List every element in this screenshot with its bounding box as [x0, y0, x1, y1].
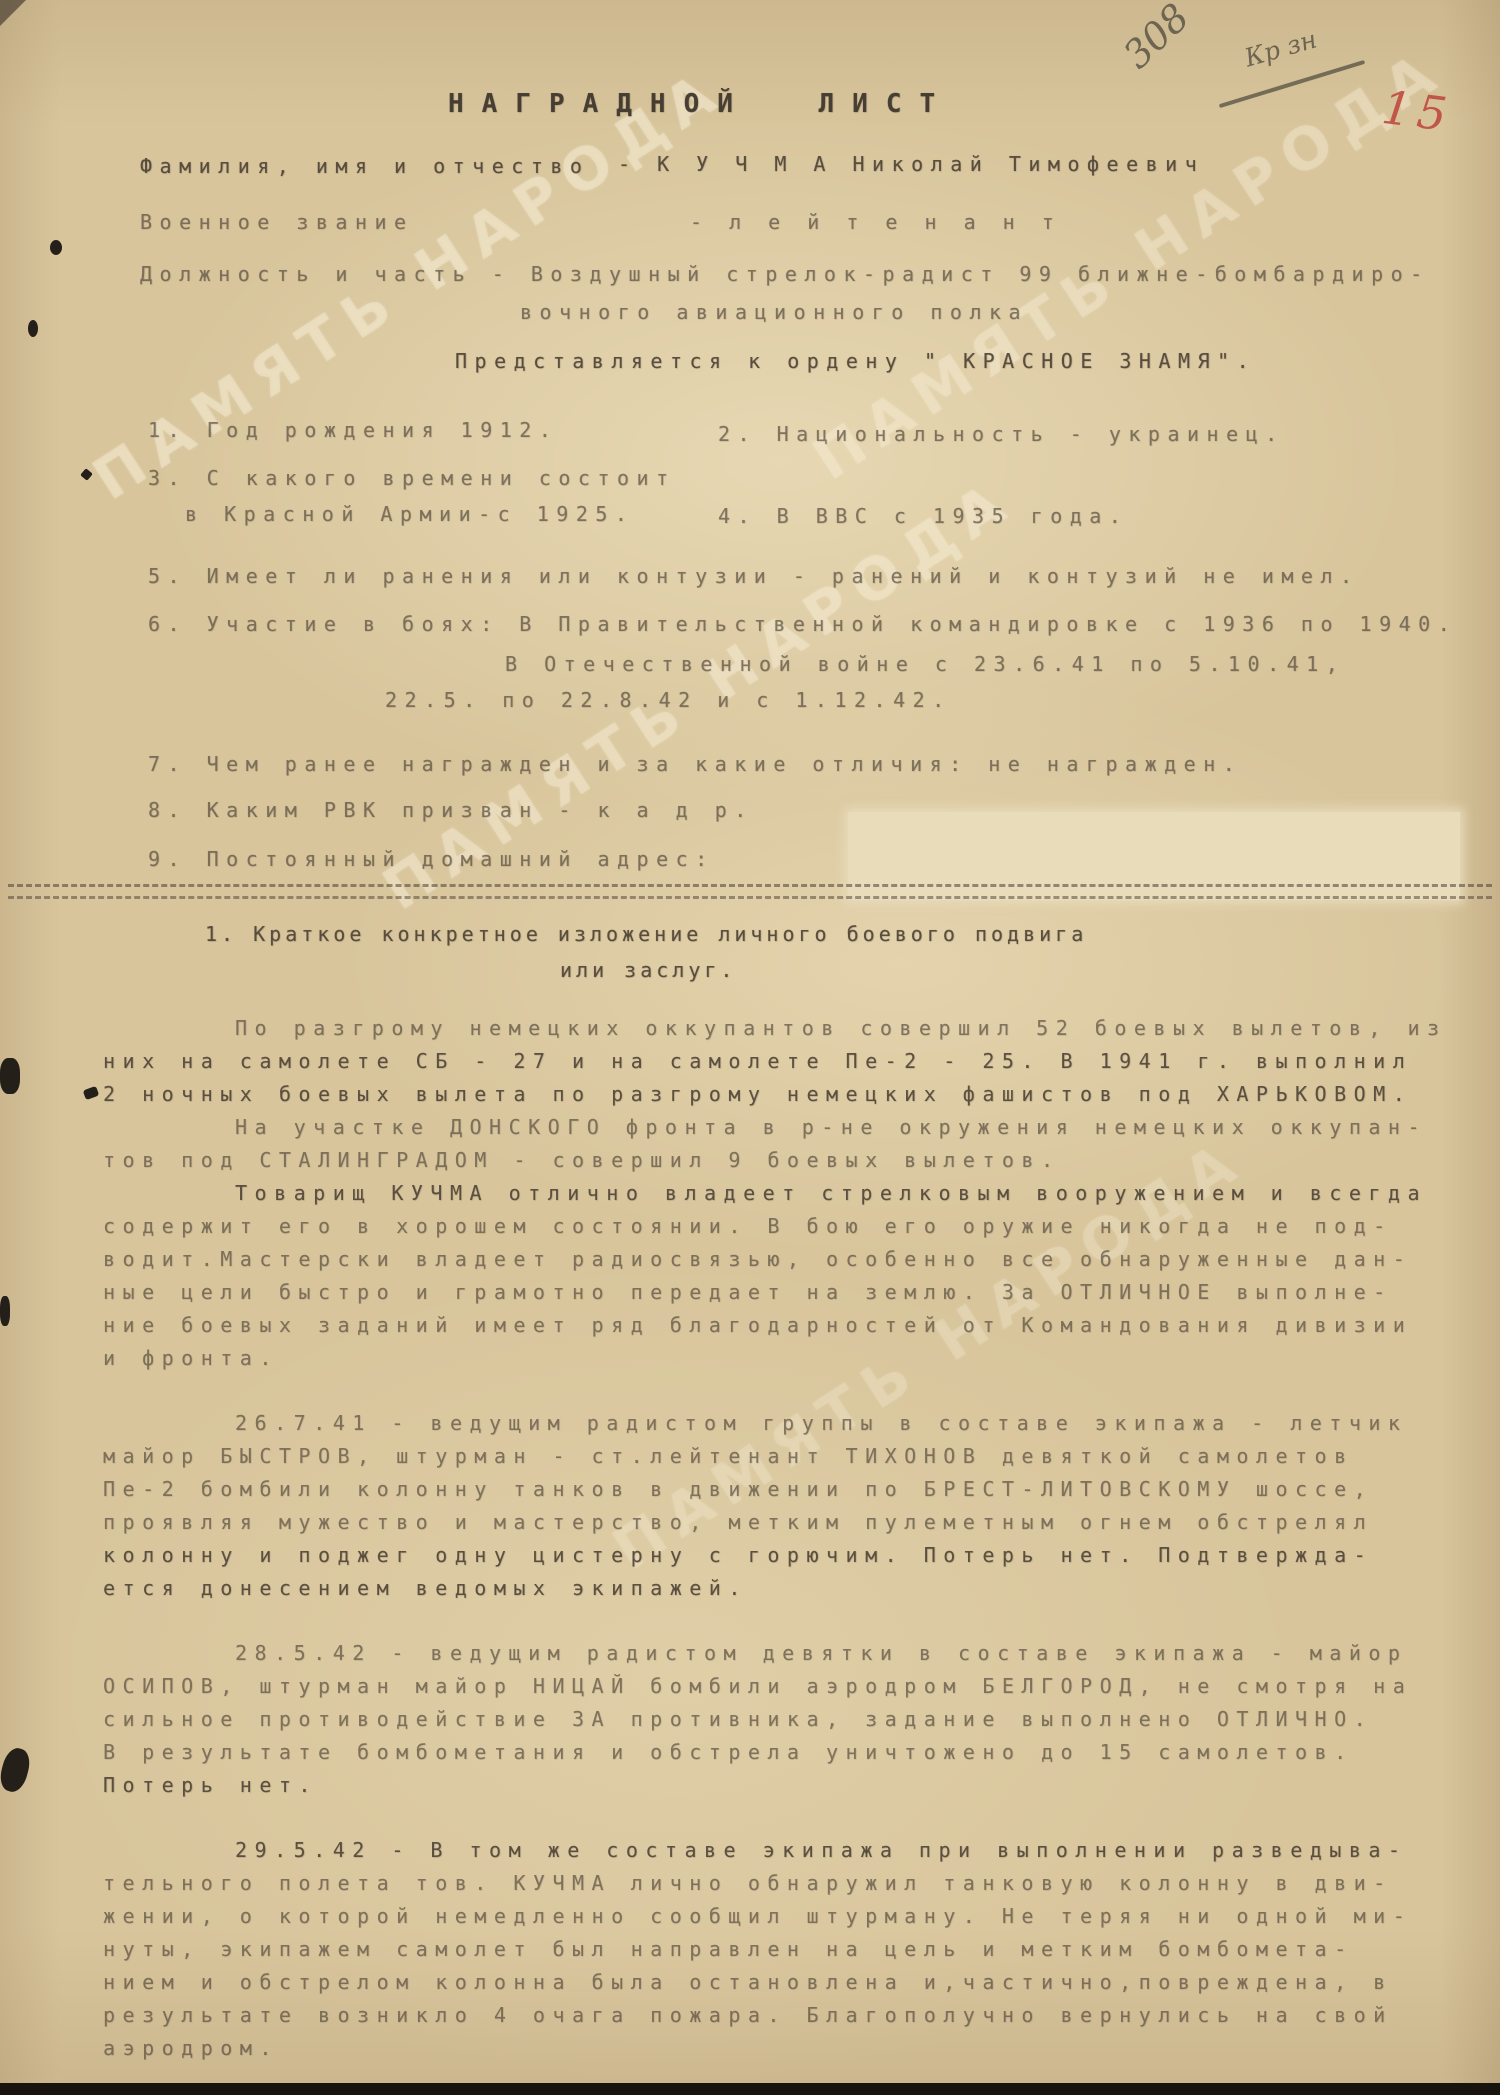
- pencil-number-annotation: 308: [1115, 0, 1198, 77]
- scan-corner-shadow: [0, 0, 26, 26]
- section-heading-line2: или заслуг.: [560, 954, 736, 987]
- story-line: 26.7.41 - ведущим радистом группы в сост…: [103, 1407, 1483, 1440]
- section-heading-line1: 1. Краткое конкретное изложение личного …: [205, 918, 1087, 951]
- document-title: НАГРАДНОЙ ЛИСТ: [448, 88, 953, 121]
- edge-blot: [0, 1296, 10, 1326]
- story-line: Товарищ КУЧМА отлично владеет стрелковым…: [103, 1177, 1483, 1210]
- position-field-line2: вочного авиационного полка: [520, 296, 1028, 329]
- story-line: На участке ДОНСКОГО фронта в р-не окруже…: [103, 1111, 1483, 1144]
- award-sheet-scan: ПАМЯТЬ НАРОДА ПАМЯТЬ НАРОДА ПАМЯТЬ НАРОД…: [0, 0, 1500, 2095]
- story-line: нием и обстрелом колонна была остановлен…: [103, 1966, 1483, 1999]
- rank-field-label: Военное звание: [140, 206, 414, 239]
- story-line: Пе-2 бомбили колонну танков в движении п…: [103, 1473, 1483, 1506]
- item-vvs-since: 4. В ВВС с 1935 года.: [718, 500, 1128, 533]
- rank-field-value: - л е й т е н а н т: [690, 206, 1061, 239]
- item-wounds: 5. Имеет ли ранения или контузии - ранен…: [148, 560, 1360, 593]
- scan-bottom-edge: [0, 2083, 1500, 2095]
- item-combat-participation-line3: 22.5. по 22.8.42 и с 1.12.42.: [385, 684, 952, 717]
- story-line: сильное противодействие ЗА противника, з…: [103, 1703, 1483, 1736]
- item-birth-year: 1. Год рождения 1912.: [148, 414, 558, 447]
- story-line: 2 ночных боевых вылета по разгрому немец…: [103, 1078, 1483, 1111]
- pencil-note-annotation: Кр зн: [1241, 24, 1320, 72]
- ink-speck: [83, 1086, 100, 1100]
- item-home-address: 9. Постоянный домашний адрес:: [148, 843, 715, 876]
- story-line: тельного полета тов. КУЧМА лично обнаруж…: [103, 1867, 1483, 1900]
- story-line: 29.5.42 - В том же составе экипажа при в…: [103, 1834, 1483, 1867]
- pencil-underline-stroke: [1219, 60, 1366, 108]
- ink-speck: [80, 468, 93, 481]
- story-line: тов под СТАЛИНГРАДОМ - совершил 9 боевых…: [103, 1144, 1483, 1177]
- combat-record: По разгрому немецких оккупантов совершил…: [103, 1012, 1483, 2065]
- item-previous-awards: 7. Чем ранее награжден и за какие отличи…: [148, 748, 1242, 781]
- story-line: содержит его в хорошем состоянии. В бою …: [103, 1210, 1483, 1243]
- story-line: ется донесением ведомых экипажей.: [103, 1572, 1483, 1605]
- ink-speck: [50, 240, 62, 255]
- story-line: Потерь нет.: [103, 1769, 1483, 1802]
- position-field-line1: Должность и часть - Воздушный стрелок-ра…: [140, 258, 1430, 291]
- item-combat-participation-line2: В Отечественной войне с 23.6.41 по 5.10.…: [505, 648, 1345, 681]
- edge-blot: [0, 1745, 33, 1794]
- story-line: нуты, экипажем самолет был направлен на …: [103, 1933, 1483, 1966]
- story-line: В результате бомбометания и обстрела уни…: [103, 1736, 1483, 1769]
- story-line: водит.Мастерски владеет радиосвязью, осо…: [103, 1243, 1483, 1276]
- story-line: результате возникло 4 очага пожара. Благ…: [103, 1999, 1483, 2032]
- presented-to-order-line: Представляется к ордену " КРАСНОЕ ЗНАМЯ"…: [455, 345, 1256, 378]
- story-line: жении, о которой немедленно сообщил штур…: [103, 1900, 1483, 1933]
- section-divider: [8, 884, 1492, 899]
- item-red-army-since-line1: 3. С какого времени состоит: [148, 462, 676, 495]
- red-page-number: 15: [1379, 80, 1456, 142]
- story-line: майор БЫСТРОВ, штурман - ст.лейтенант ТИ…: [103, 1440, 1483, 1473]
- name-field-label: Фамилия, имя и отчество: [140, 150, 589, 183]
- story-line: ние боевых заданий имеет ряд благодарнос…: [103, 1309, 1483, 1342]
- story-line: проявляя мужество и мастерство, метким п…: [103, 1506, 1483, 1539]
- story-line: них на самолете СБ - 27 и на самолете Пе…: [103, 1045, 1483, 1078]
- edge-blot: [0, 1058, 20, 1094]
- story-line: По разгрому немецких оккупантов совершил…: [103, 1012, 1483, 1045]
- item-drafted-by: 8. Каким РВК призван - к а д р.: [148, 794, 754, 827]
- story-line: и фронта.: [103, 1342, 1483, 1375]
- story-line: ОСИПОВ, штурман майор НИЦАЙ бомбили аэро…: [103, 1670, 1483, 1703]
- story-line: ные цели быстро и грамотно передает на з…: [103, 1276, 1483, 1309]
- item-nationality: 2. Национальность - украинец.: [718, 418, 1285, 451]
- story-line: аэродром.: [103, 2032, 1483, 2065]
- name-field-value: - К У Ч М А Николай Тимофеевич: [618, 148, 1204, 181]
- item-red-army-since-line2: в Красной Армии-с 1925.: [185, 498, 634, 531]
- ink-speck: [28, 320, 38, 337]
- story-line: 28.5.42 - ведущим радистом девятки в сос…: [103, 1637, 1483, 1670]
- story-line: колонну и поджег одну цистерну с горючим…: [103, 1539, 1483, 1572]
- item-combat-participation-line1: 6. Участие в боях: В Правительственной к…: [148, 608, 1457, 641]
